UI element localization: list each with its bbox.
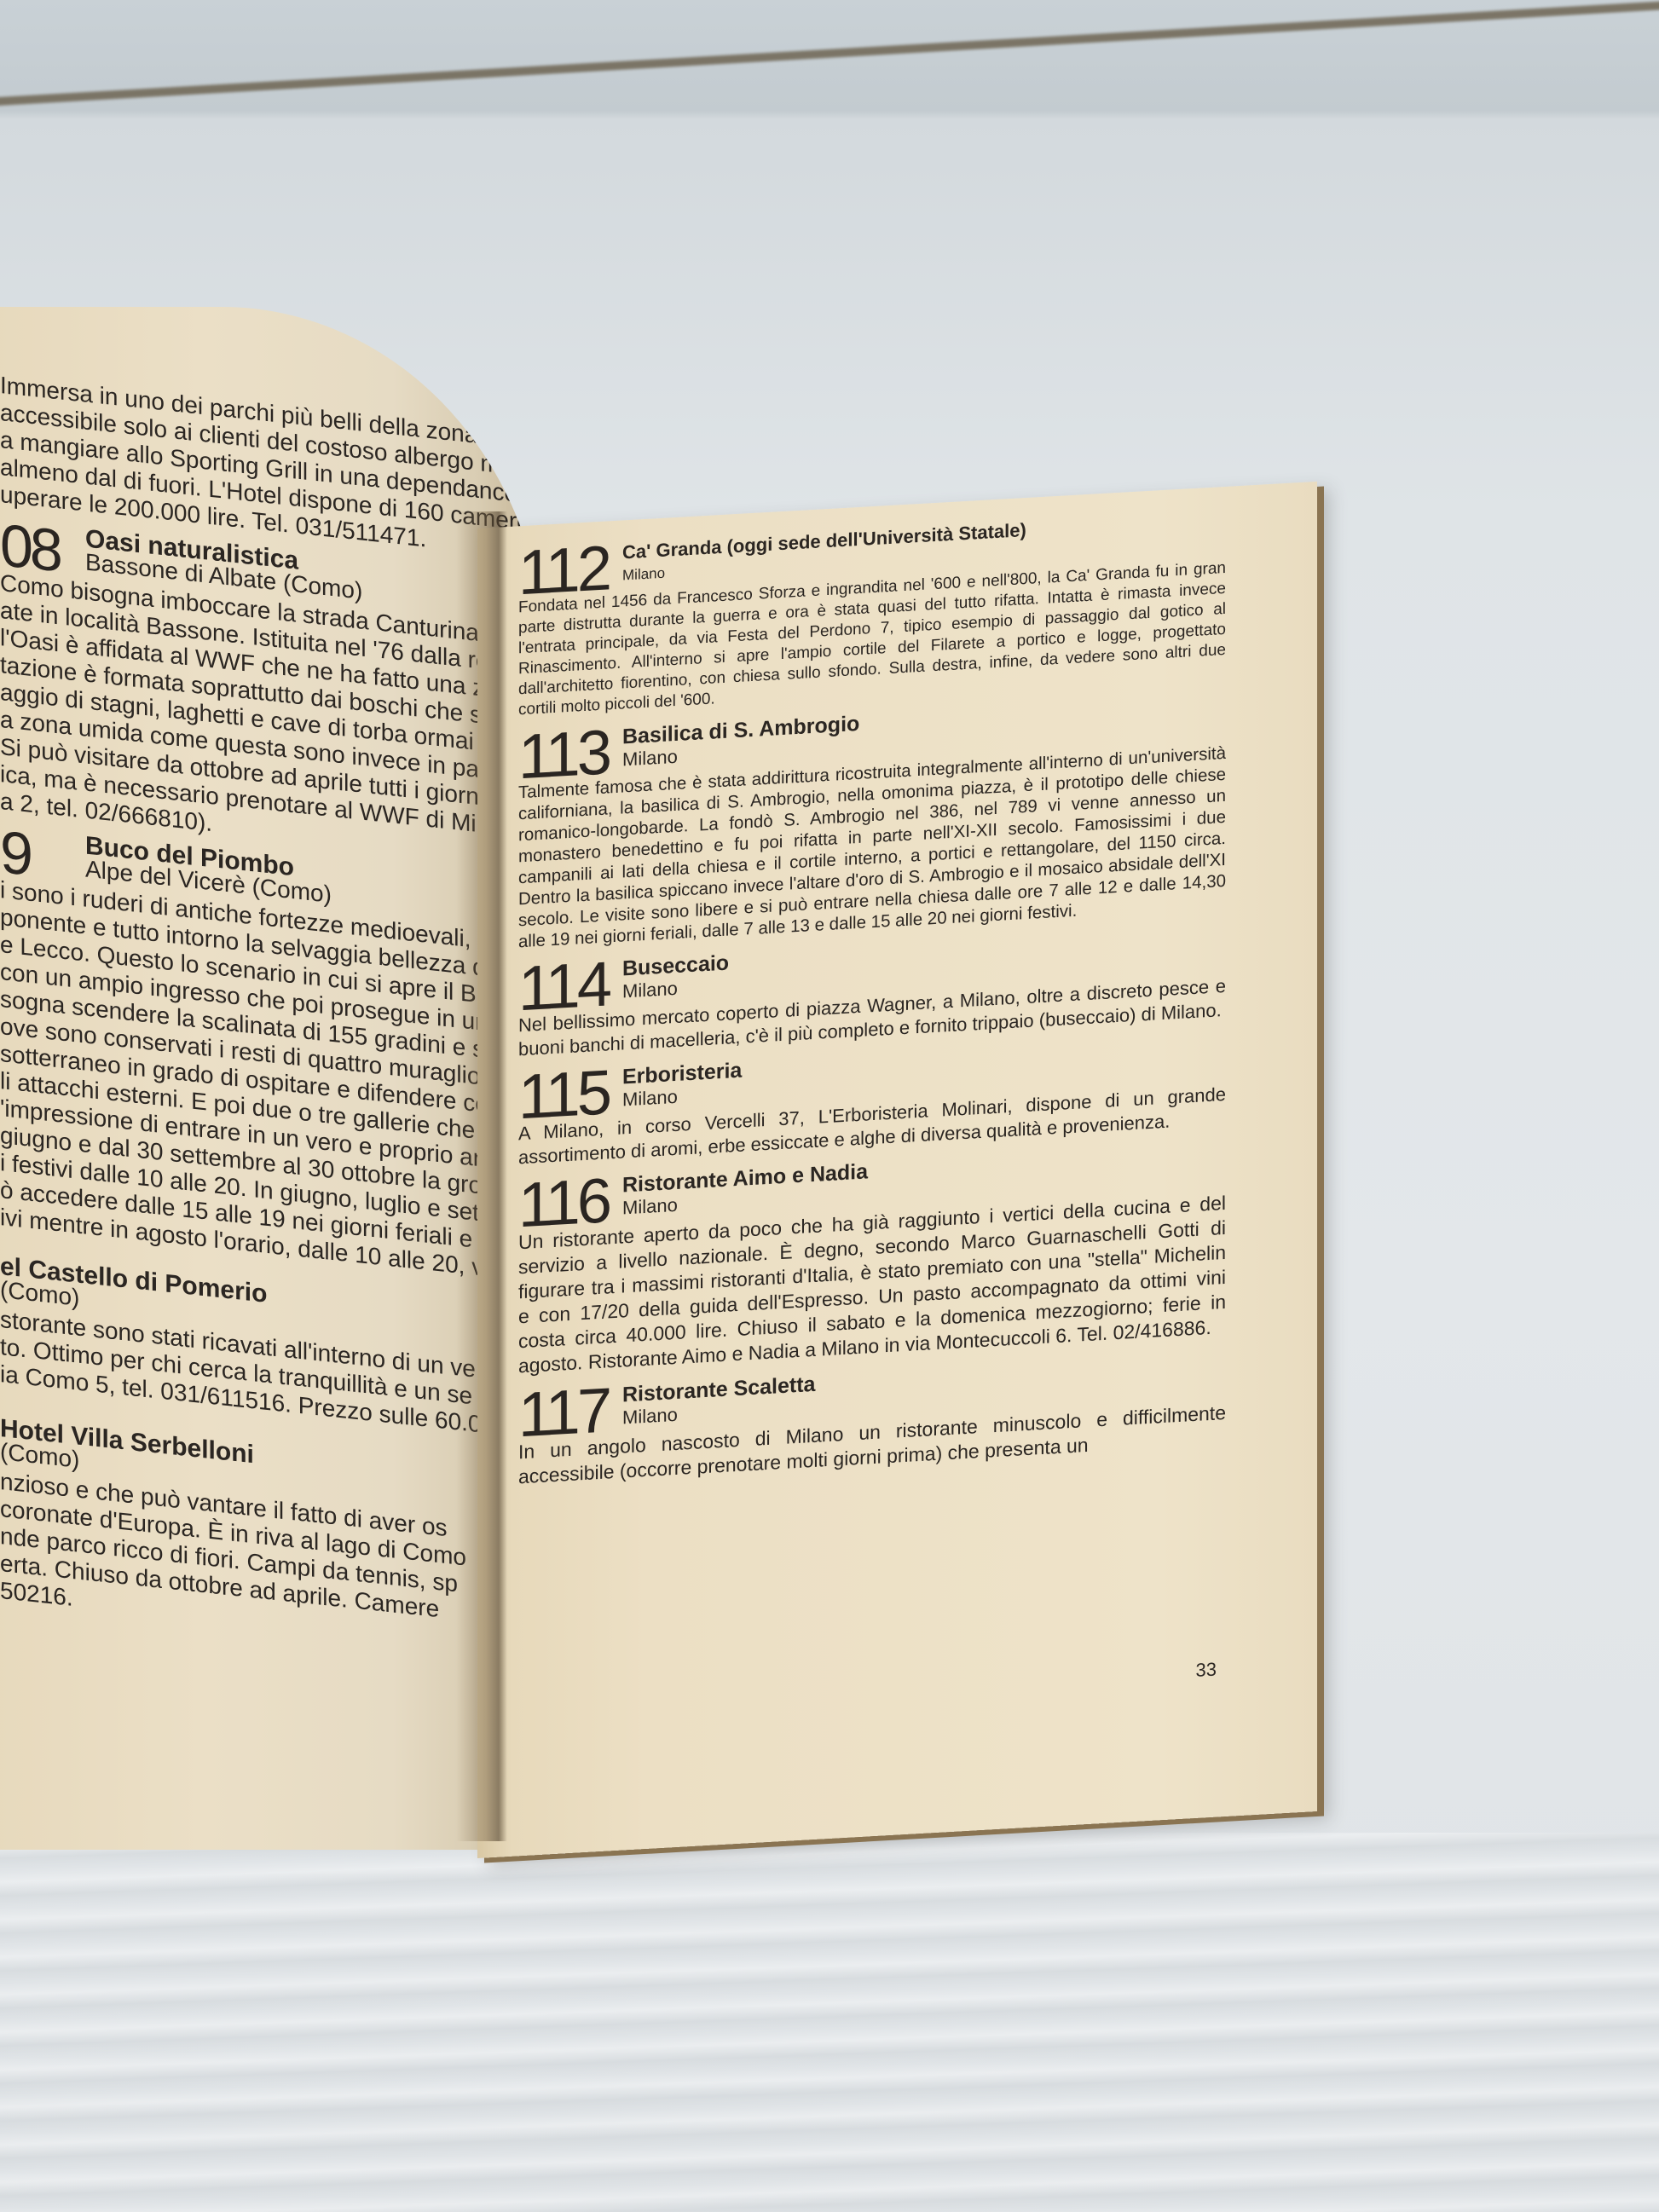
right-page: 112 Ca' Granda (oggi sede dell'Universit… (477, 482, 1317, 1858)
right-page-content: 112 Ca' Granda (oggi sede dell'Universit… (518, 504, 1226, 1496)
book-gutter (456, 511, 507, 1841)
entry-113: 113 Basilica di S. Ambrogio Milano Talme… (518, 688, 1226, 952)
left-page-content: Immersa in uno dei parchi più belli dell… (0, 375, 512, 1665)
entry-buco-del-piombo: 9 Buco del Piombo Alpe del Vicerè (Como)… (0, 822, 512, 1285)
background-board-seam (0, 0, 1659, 107)
entry-location: Milano (622, 975, 729, 1003)
entry-number: 117 (518, 1381, 622, 1443)
background-surface-texture (0, 1833, 1659, 2212)
entry-112: 112 Ca' Granda (oggi sede dell'Universit… (518, 504, 1226, 720)
entry-number: 113 (518, 723, 622, 785)
entry-number: 114 (518, 955, 622, 1017)
entry-castello-di-pomerio: el Castello di Pomerio (Como) storante s… (0, 1251, 512, 1441)
entry-number: 112 (518, 539, 622, 601)
entry-number: 116 (518, 1171, 622, 1233)
entry-hotel-villa-serbelloni: Hotel Villa Serbelloni (Como) nzioso e c… (0, 1413, 512, 1658)
entry-oasi-naturalistica: 08 Oasi naturalistica Bassone di Albate … (0, 515, 512, 869)
entry-number: 115 (518, 1063, 622, 1125)
page-number: 33 (1196, 1659, 1217, 1682)
entry-116: 116 Ristorante Aimo e Nadia Milano Un ri… (518, 1136, 1226, 1378)
